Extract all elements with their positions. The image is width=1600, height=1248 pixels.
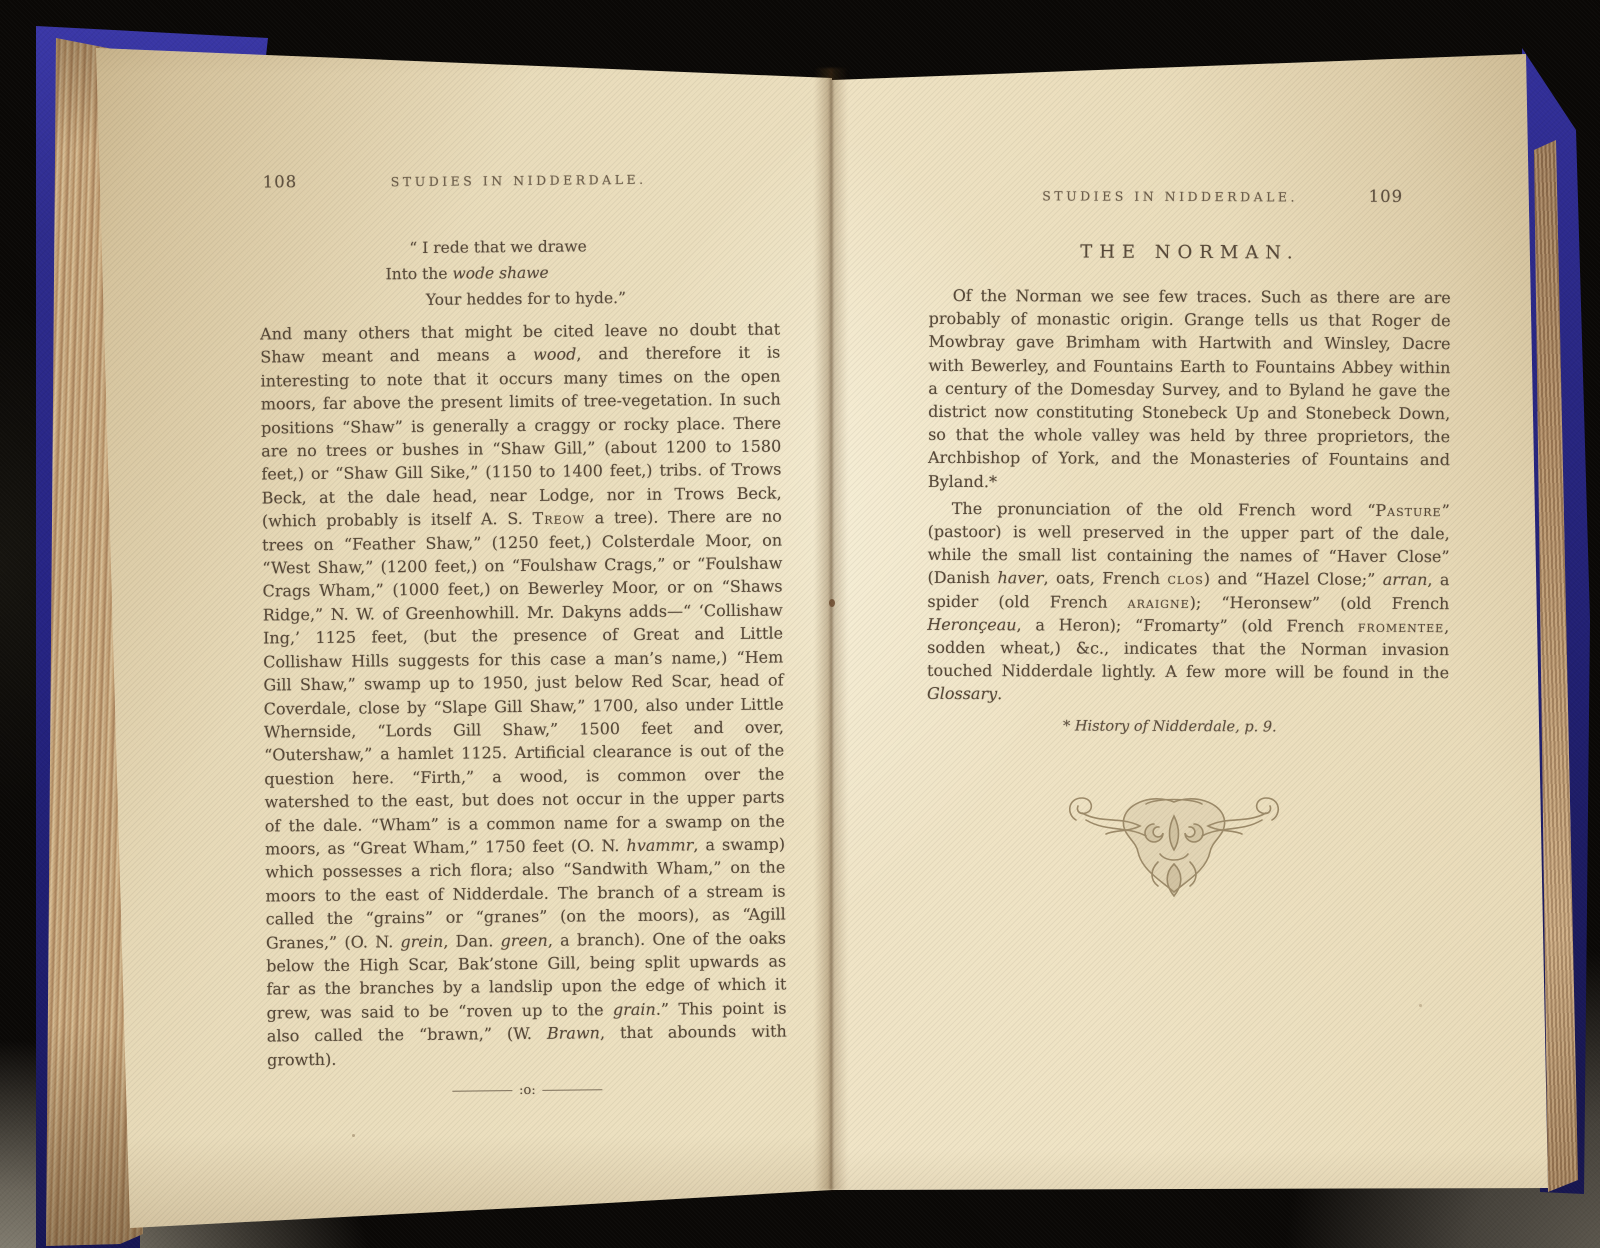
poem-line: Your heddes for to hyde.”: [386, 284, 780, 314]
section-divider: :o:: [452, 1082, 602, 1098]
poem-line: Into the wode shawe: [385, 258, 779, 288]
divider-rule: [452, 1090, 512, 1092]
right-page-content: STUDIES IN NIDDERDALE. 109 THE NORMAN. O…: [927, 185, 1451, 736]
right-page-header: STUDIES IN NIDDERDALE. 109: [929, 185, 1451, 209]
left-running-header: STUDIES IN NIDDERDALE.: [259, 171, 779, 191]
divider-rule: [543, 1089, 603, 1091]
paper-speck: [352, 1134, 355, 1137]
divider-label: :o:: [519, 1083, 536, 1098]
left-body-paragraph: And many others that might be cited leav…: [260, 318, 787, 1072]
poem-quote: “ I rede that we drawe Into the wode sha…: [385, 232, 780, 314]
right-page-number: 109: [1369, 187, 1404, 206]
poem-line: “ I rede that we drawe: [385, 232, 779, 262]
antique-book-photograph: 108 STUDIES IN NIDDERDALE. “ I rede that…: [0, 0, 1600, 1248]
tailpiece-ornament: [1062, 790, 1286, 902]
right-paragraph-2: The pronunciation of the old French word…: [927, 497, 1450, 708]
section-title: THE NORMAN.: [929, 241, 1451, 264]
paper-speck: [1419, 1004, 1422, 1007]
book-gutter-shadow: [814, 68, 848, 1190]
right-running-header: STUDIES IN NIDDERDALE.: [929, 188, 1411, 205]
right-paragraph-1: Of the Norman we see few traces. Such as…: [928, 284, 1451, 495]
left-page-content: 108 STUDIES IN NIDDERDALE. “ I rede that…: [259, 168, 788, 1101]
paper-speck: [829, 599, 835, 607]
footnote: * History of Nidderdale, p. 9.: [927, 718, 1413, 736]
left-page-header: 108 STUDIES IN NIDDERDALE.: [259, 168, 779, 195]
